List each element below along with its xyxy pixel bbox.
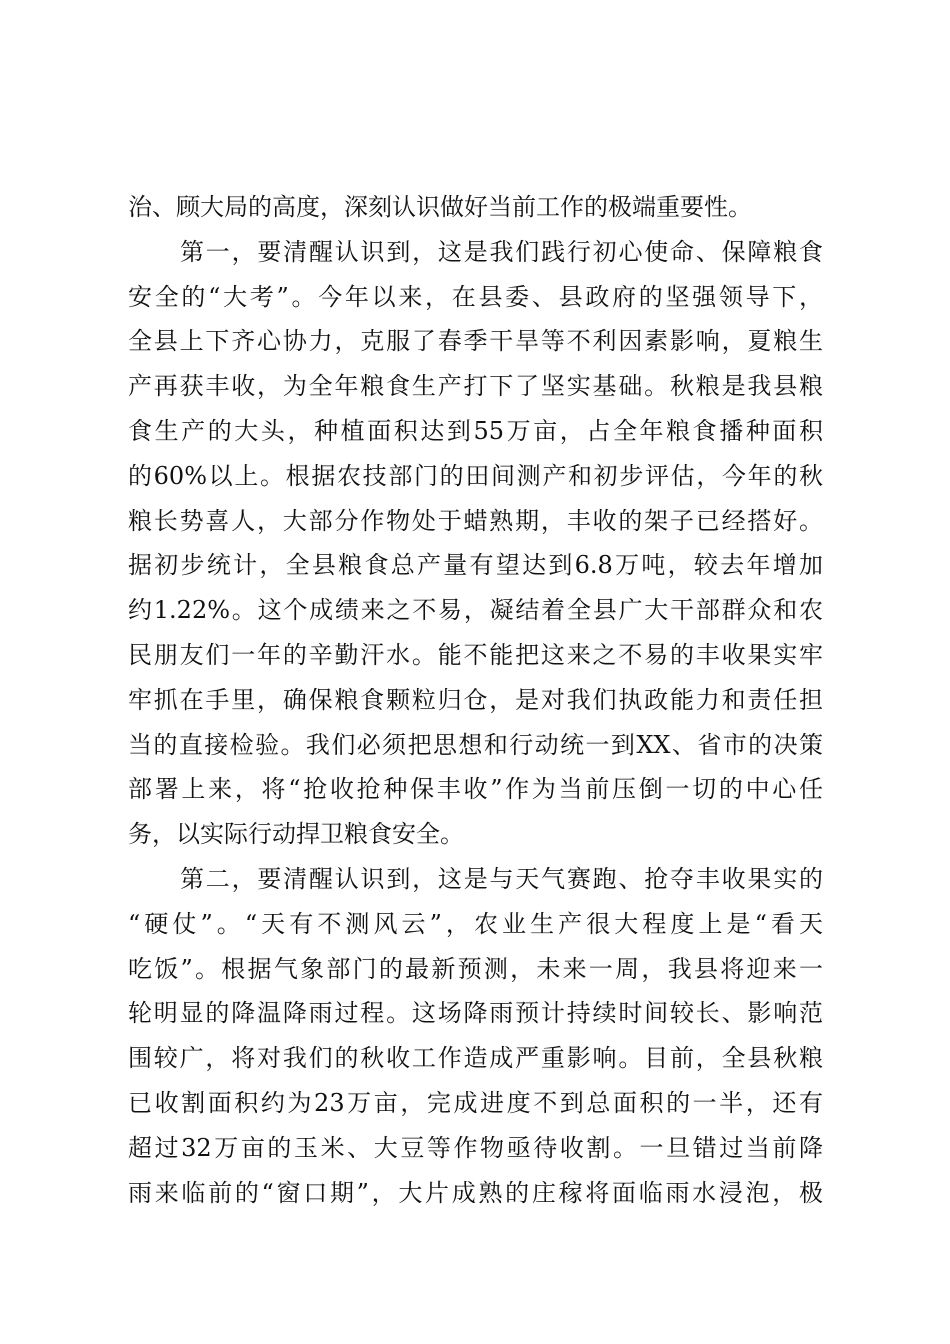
document-page: 治、顾大局的高度，深刻认识做好当前工作的极端重要性。第一，要清醒认识到，这是我们… — [0, 0, 950, 1344]
text-line: 的60%以上。根据农技部门的田间测产和初步评估，今年的秋 — [128, 454, 823, 499]
text-line: 部署上来，将“抢收抢种保丰收”作为当前压倒一切的中心任 — [128, 767, 823, 812]
text-line: 治、顾大局的高度，深刻认识做好当前工作的极端重要性。 — [128, 185, 823, 230]
text-line: 已收割面积约为23万亩，完成进度不到总面积的一半，还有 — [128, 1081, 823, 1126]
text-line: 约1.22%。这个成绩来之不易，凝结着全县广大干部群众和农 — [128, 588, 823, 633]
text-line: 围较广，将对我们的秋收工作造成严重影响。目前，全县秋粮 — [128, 1036, 823, 1081]
text-line: 超过32万亩的玉米、大豆等作物亟待收割。一旦错过当前降 — [128, 1126, 823, 1171]
document-body: 治、顾大局的高度，深刻认识做好当前工作的极端重要性。第一，要清醒认识到，这是我们… — [128, 185, 823, 1215]
text-line: 雨来临前的“窗口期”，大片成熟的庄稼将面临雨水浸泡，极 — [128, 1171, 823, 1216]
text-line: 吃饭”。根据气象部门的最新预测，未来一周，我县将迎来一 — [128, 947, 823, 992]
text-line: 轮明显的降温降雨过程。这场降雨预计持续时间较长、影响范 — [128, 991, 823, 1036]
text-line: 安全的“大考”。今年以来，在县委、县政府的坚强领导下， — [128, 275, 823, 320]
text-line: 产再获丰收，为全年粮食生产打下了坚实基础。秋粮是我县粮 — [128, 364, 823, 409]
text-line: 务，以实际行动捍卫粮食安全。 — [128, 812, 823, 857]
text-line: 民朋友们一年的辛勤汗水。能不能把这来之不易的丰收果实牢 — [128, 633, 823, 678]
text-line: “硬仗”。“天有不测风云”，农业生产很大程度上是“看天 — [128, 902, 823, 947]
text-line: 据初步统计，全县粮食总产量有望达到6.8万吨，较去年增加 — [128, 543, 823, 588]
text-line: 牢抓在手里，确保粮食颗粒归仓，是对我们执政能力和责任担 — [128, 678, 823, 723]
text-line: 食生产的大头，种植面积达到55万亩，占全年粮食播种面积 — [128, 409, 823, 454]
text-line: 当的直接检验。我们必须把思想和行动统一到XX、省市的决策 — [128, 723, 823, 768]
text-line: 粮长势喜人，大部分作物处于蜡熟期，丰收的架子已经搭好。 — [128, 499, 823, 544]
text-line: 第一，要清醒认识到，这是我们践行初心使命、保障粮食 — [128, 230, 823, 275]
text-line: 全县上下齐心协力，克服了春季干旱等不利因素影响，夏粮生 — [128, 319, 823, 364]
text-line: 第二，要清醒认识到，这是与天气赛跑、抢夺丰收果实的 — [128, 857, 823, 902]
